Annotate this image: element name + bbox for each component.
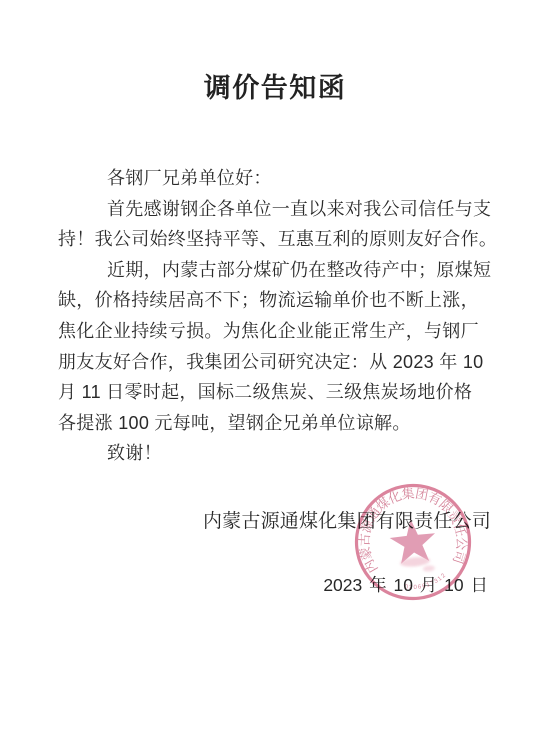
letter-body: 各钢厂兄弟单位好： 首先感谢钢企各单位一直以来对我公司信任与支 持！我公司始终坚… [58,163,499,469]
letter-line: 首先感谢钢企各单位一直以来对我公司信任与支 [58,194,499,225]
letter-line: 持！我公司始终坚持平等、互惠互利的原则友好合作。 [58,224,499,255]
letter-line: 致谢！ [58,438,499,469]
letter-page: 调价告知函 各钢厂兄弟单位好： 首先感谢钢企各单位一直以来对我公司信任与支 持！… [0,0,550,752]
stamp-ink-smudge-small [423,565,436,572]
letter-line: 各钢厂兄弟单位好： [58,163,499,194]
company-stamp: 内蒙古源通煤化集团有限责任公司 0206617312 [353,482,473,602]
letter-line: 近期，内蒙古部分煤矿仍在整改待产中；原煤短 [58,255,499,286]
stamp-star-icon [388,517,438,565]
letter-line: 焦化企业持续亏损。为焦化企业能正常生产，与钢厂 [58,316,499,347]
letter-line: 朋友友好合作，我集团公司研究决定：从 2023 年 10 [58,347,499,378]
page-title: 调价告知函 [0,66,550,105]
letter-line: 各提涨 100 元每吨，望钢企兄弟单位谅解。 [58,408,499,439]
letter-line: 月 11 日零时起，国标二级焦炭、三级焦炭场地价格 [58,377,499,408]
letter-line: 缺，价格持续居高不下；物流运输单价也不断上涨， [58,285,499,316]
